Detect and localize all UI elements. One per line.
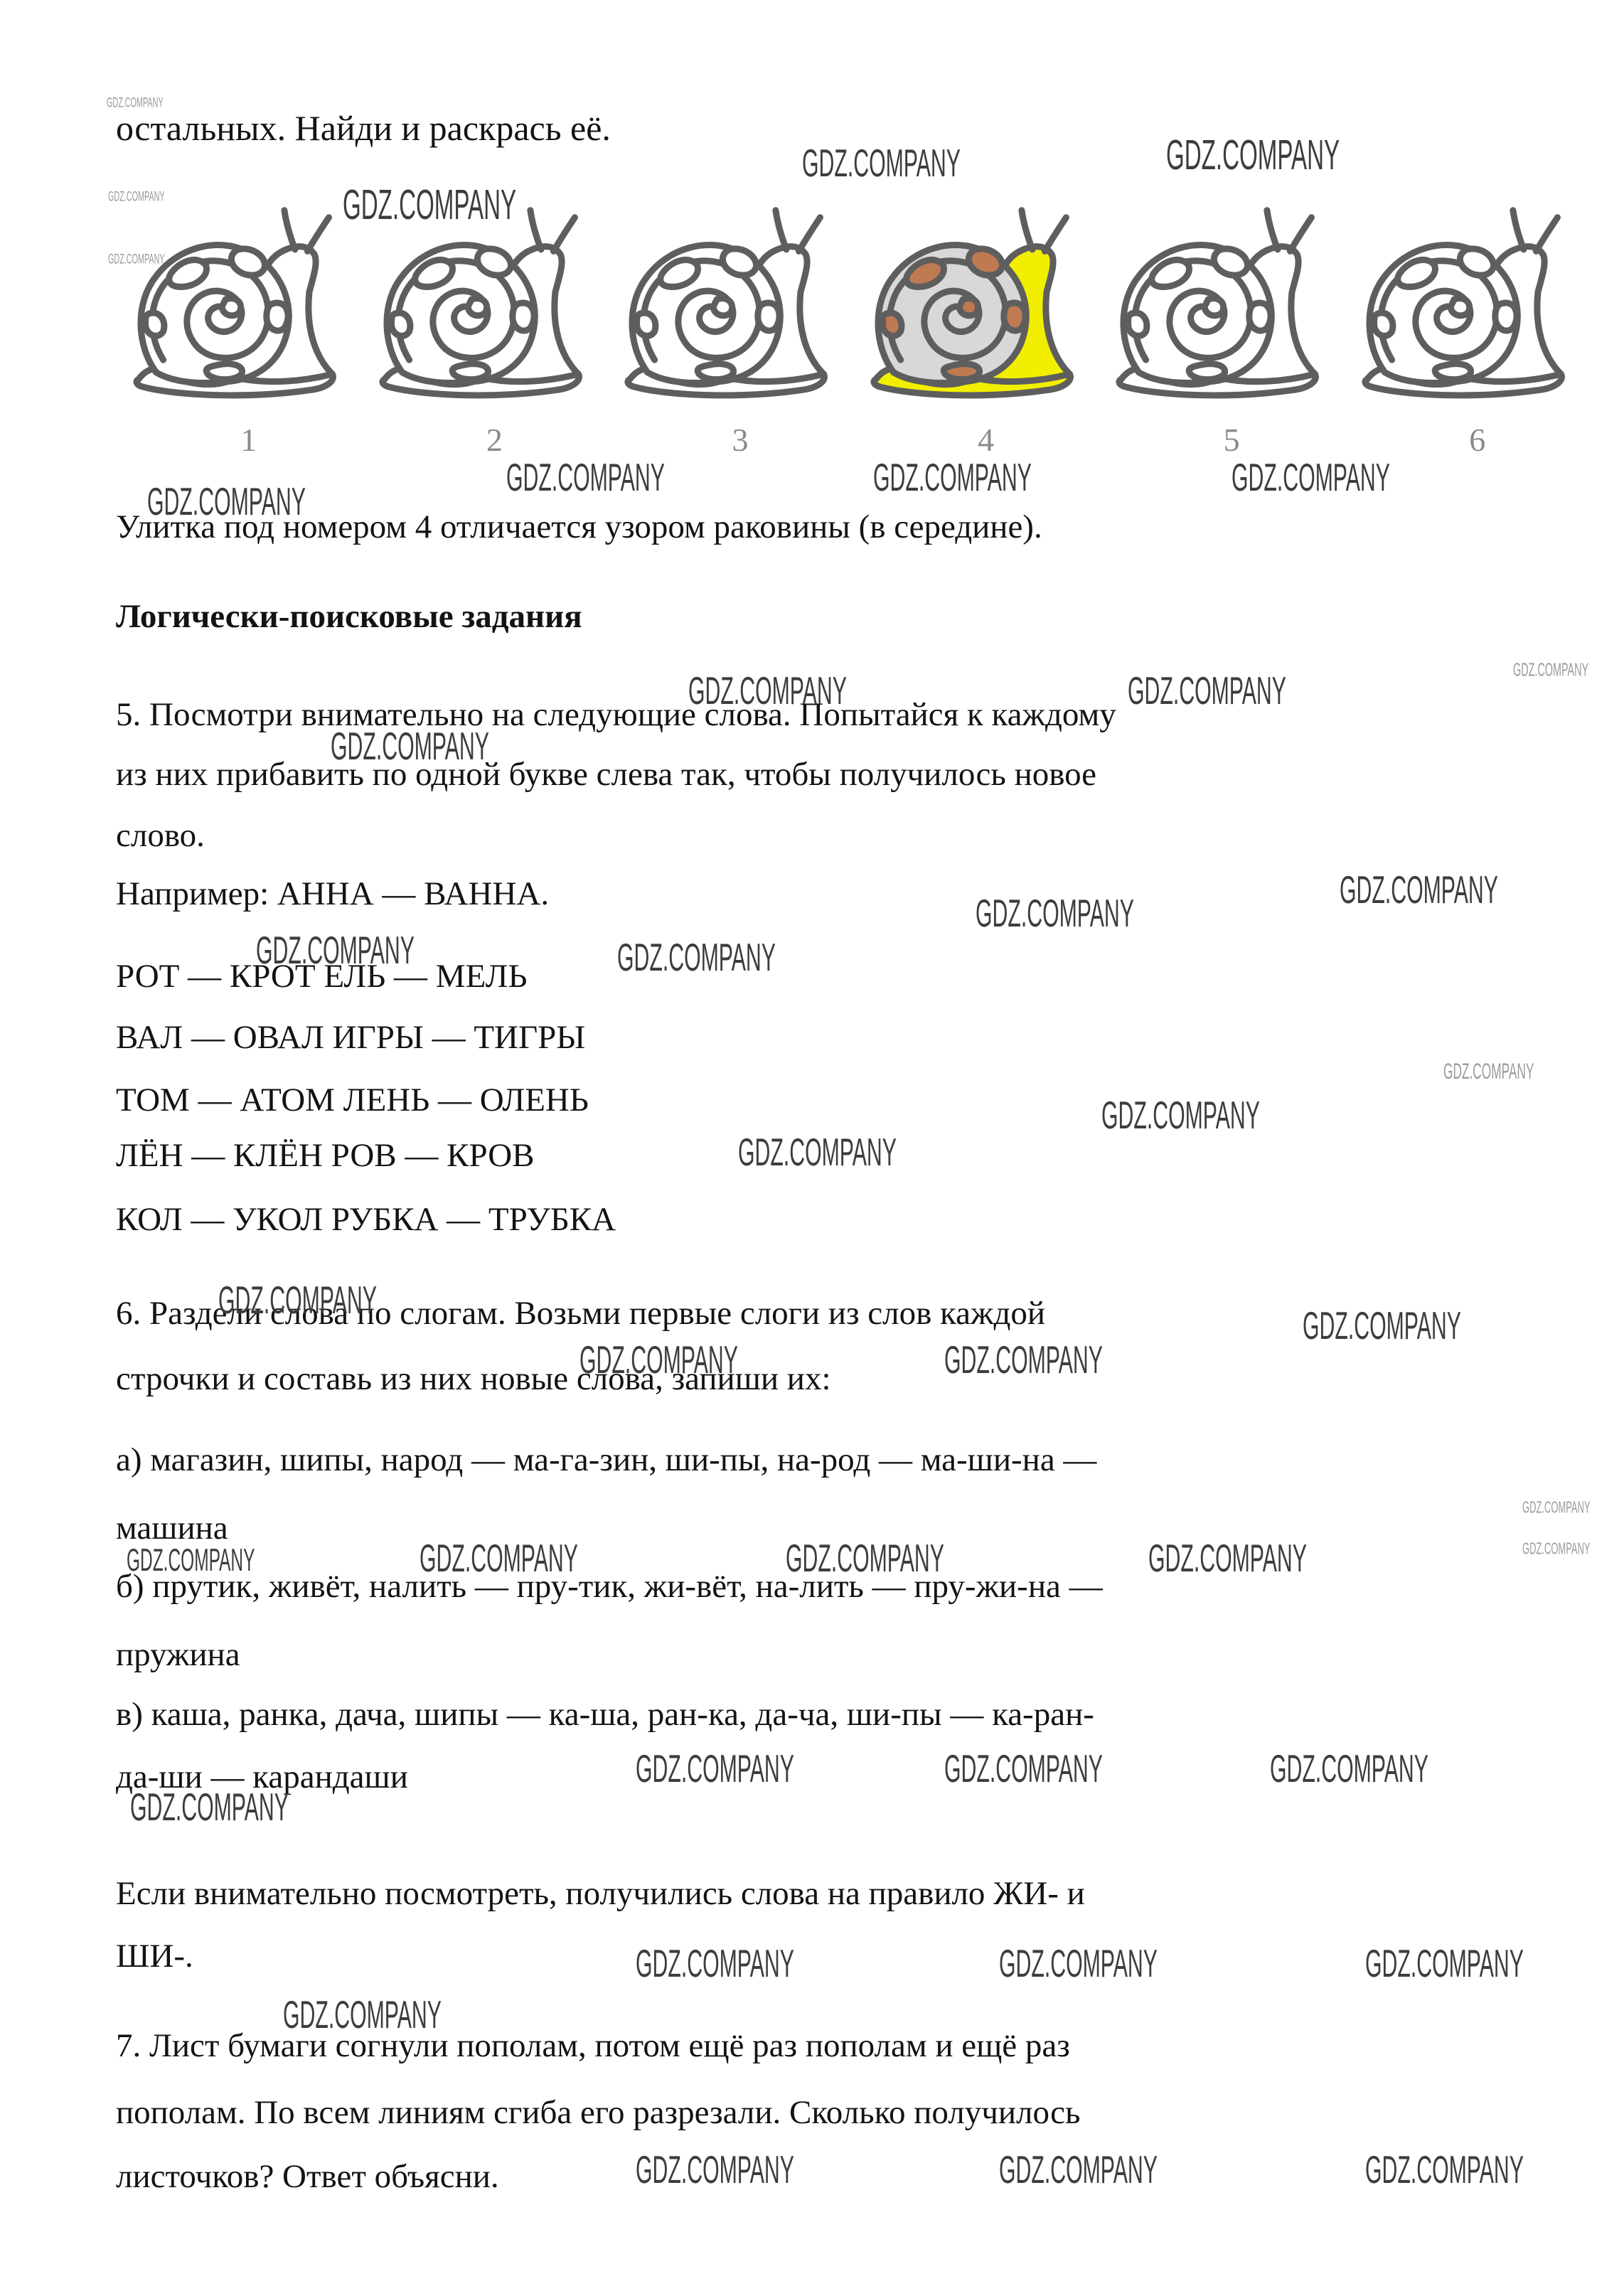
task5-word-pair: РОТ — КРОТ ЕЛЬ — МЕЛЬ [116, 957, 528, 995]
task5-line: 5. Посмотри внимательно на следующие сло… [116, 695, 1116, 734]
task7-line: пополам. По всем линиям сгиба его разрез… [116, 2093, 1080, 2132]
watermark: GDZ.COMPANY [976, 897, 1196, 931]
watermark: GDZ.COMPANY [506, 461, 727, 495]
snail-drawing [863, 191, 1109, 429]
watermark: GDZ.COMPANY [1166, 135, 1407, 173]
task6-item-c: да-ши — карандаши [116, 1758, 408, 1796]
snail-outline [126, 191, 372, 429]
snail-caption: Улитка под номером 4 отличается узором р… [116, 508, 1042, 546]
snail-colored [863, 191, 1109, 429]
task6-item-b: пружина [116, 1635, 240, 1674]
snail-number-row: 1 2 3 4 5 6 [126, 421, 1601, 464]
task5-line: слово. [116, 816, 205, 855]
watermark: GDZ.COMPANY [1270, 1752, 1490, 1786]
watermark: GDZ.COMPANY [738, 1136, 958, 1170]
snail-outline [372, 191, 618, 429]
watermark: GDZ.COMPANY [1522, 1500, 1617, 1515]
watermark: GDZ.COMPANY [636, 2153, 856, 2187]
snail-drawing [617, 191, 863, 429]
task5-word-pair: КОЛ — УКОЛ РУБКА — ТРУБКА [116, 1200, 616, 1239]
watermark: GDZ.COMPANY [873, 461, 1094, 495]
snail-drawing [1109, 191, 1355, 429]
task6-item-a: а) магазин, шипы, народ — ма-га-зин, ши-… [116, 1441, 1096, 1479]
watermark: GDZ.COMPANY [999, 1947, 1219, 1981]
watermark: GDZ.COMPANY [1101, 1099, 1322, 1133]
task6-conclusion: Если внимательно посмотреть, получились … [116, 1874, 1085, 1913]
watermark: GDZ.COMPANY [1443, 1062, 1569, 1082]
snail-number: 4 [863, 421, 1109, 464]
task6-item-a: машина [116, 1509, 228, 1547]
watermark: GDZ.COMPANY [802, 146, 1022, 181]
snail-drawing [126, 191, 372, 429]
snail-number: 1 [126, 421, 372, 464]
watermark: GDZ.COMPANY [107, 97, 186, 109]
watermark: GDZ.COMPANY [944, 1343, 1165, 1377]
watermark: GDZ.COMPANY [1513, 663, 1618, 679]
watermark: GDZ.COMPANY [617, 941, 838, 975]
watermark: GDZ.COMPANY [1340, 873, 1560, 907]
watermark: GDZ.COMPANY [1128, 674, 1348, 708]
task7-line: листочков? Ответ объясни. [116, 2157, 499, 2196]
task6-line: строчки и составь из них новые слова, за… [116, 1360, 831, 1398]
watermark: GDZ.COMPANY [1303, 1309, 1523, 1343]
task6-conclusion: ШИ-. [116, 1937, 193, 1975]
snail-number: 3 [617, 421, 863, 464]
task5-word-pair: ЛЁН — КЛЁН РОВ — КРОВ [116, 1136, 535, 1175]
task5-word-pair: ВАЛ — ОВАЛ ИГРЫ — ТИГРЫ [116, 1018, 585, 1057]
task6-item-c: в) каша, ранка, дача, шипы — ка-ша, ран-… [116, 1695, 1094, 1734]
document-page: остальных. Найди и раскрась её. [0, 0, 1624, 2291]
snail-outline [617, 191, 863, 429]
watermark: GDZ.COMPANY [999, 2153, 1219, 2187]
section-heading: Логически-поисковые задания [116, 597, 582, 636]
watermark: GDZ.COMPANY [1365, 2153, 1586, 2187]
task5-word-pair: ТОМ — АТОМ ЛЕНЬ — ОЛЕНЬ [116, 1081, 589, 1119]
snail-figure-row [126, 191, 1601, 429]
intro-text: остальных. Найди и раскрась её. [116, 108, 611, 149]
task5-example: Например: АННА — ВАННА. [116, 875, 549, 913]
snail-number: 5 [1109, 421, 1355, 464]
watermark: GDZ.COMPANY [636, 1947, 856, 1981]
task5-line: из них прибавить по одной букве слева та… [116, 755, 1096, 794]
watermark: GDZ.COMPANY [1365, 1947, 1586, 1981]
watermark: GDZ.COMPANY [1148, 1542, 1369, 1576]
snail-number: 6 [1355, 421, 1601, 464]
task7-line: 7. Лист бумаги согнули пополам, потом ещ… [116, 2026, 1070, 2065]
watermark: GDZ.COMPANY [944, 1752, 1165, 1786]
task6-line: 6. Раздели слова по слогам. Возьми первы… [116, 1294, 1045, 1333]
snail-drawing [1355, 191, 1601, 429]
watermark: GDZ.COMPANY [636, 1752, 856, 1786]
snail-outline [1355, 191, 1601, 429]
snail-drawing [372, 191, 618, 429]
watermark: GDZ.COMPANY [1232, 461, 1452, 495]
watermark: GDZ.COMPANY [1522, 1542, 1617, 1556]
snail-number: 2 [372, 421, 618, 464]
task6-item-b: б) прутик, живёт, налить — пру-тик, жи-в… [116, 1567, 1103, 1606]
snail-outline [1109, 191, 1355, 429]
